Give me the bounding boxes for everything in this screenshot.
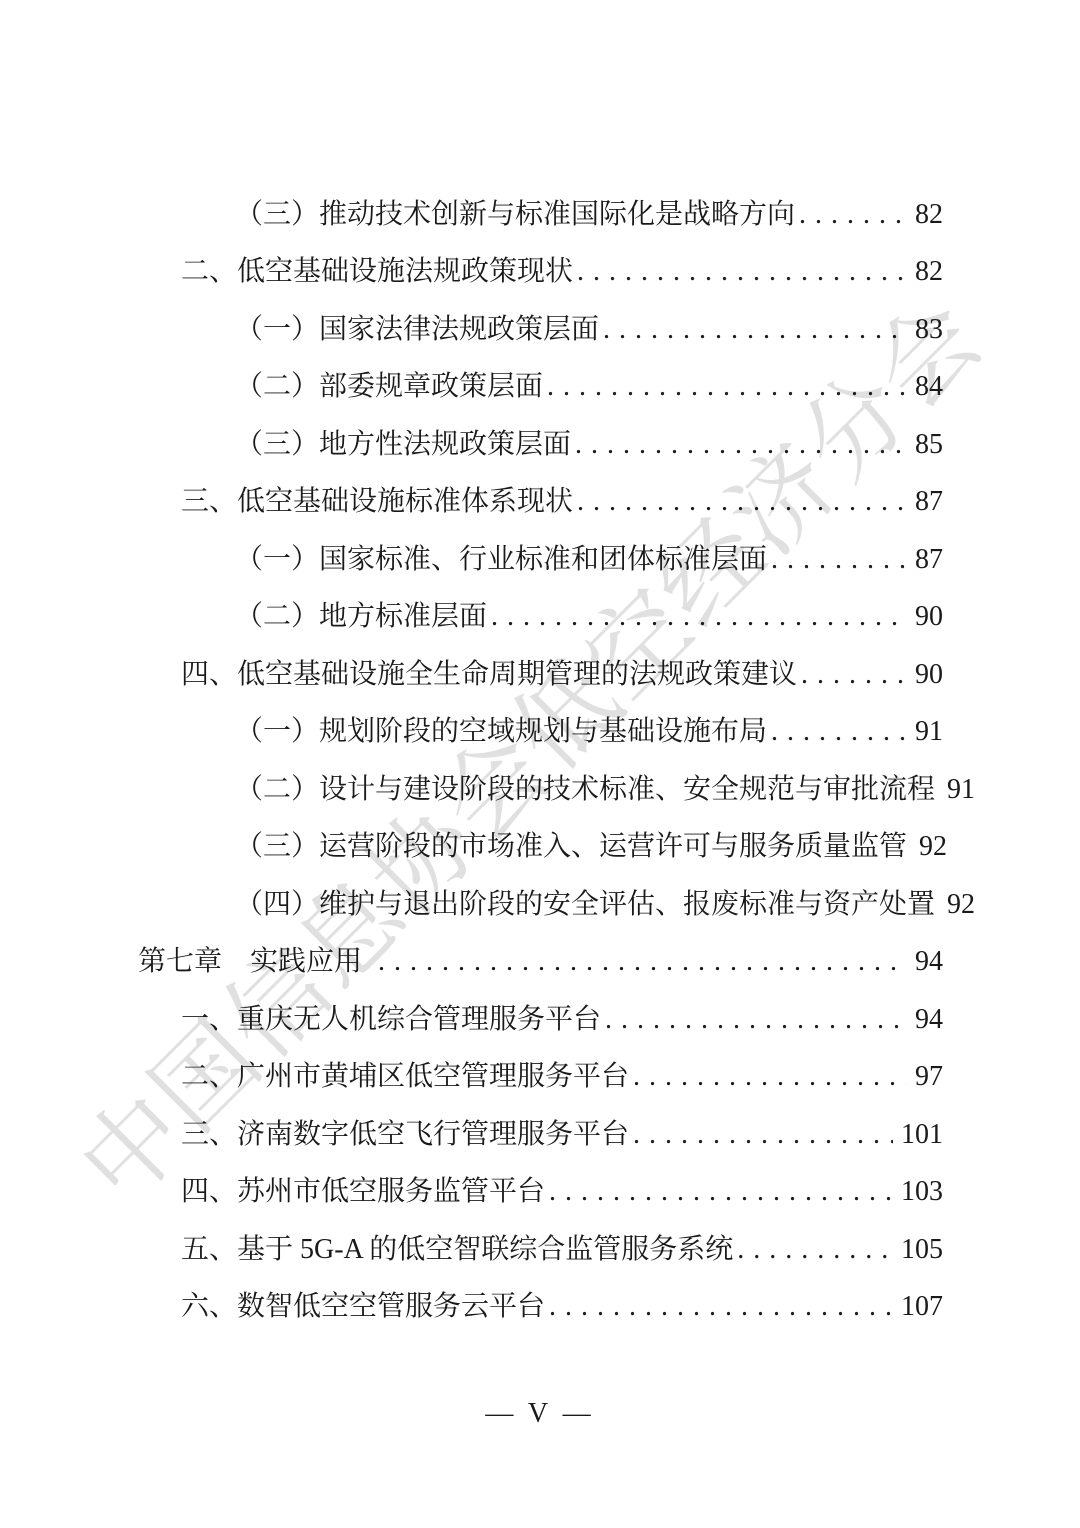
page-number-label: — V — <box>485 1398 594 1429</box>
toc-entry-title: 五、基于 5G-A 的低空智联综合监管服务系统 <box>181 1236 733 1264</box>
toc-entry[interactable]: （三）运营阶段的市场准入、运营许可与服务质量监管 ...............… <box>138 819 943 877</box>
toc-entry-page: 92 <box>947 891 975 919</box>
toc-entry[interactable]: 三、低空基础设施标准体系现状 .........................… <box>138 474 943 532</box>
toc-entry[interactable]: （二）部委规章政策层面 ............................… <box>138 359 943 417</box>
dot-leader: ........................................… <box>603 316 907 344</box>
toc-entry-page: 91 <box>915 718 943 746</box>
toc-entry-page: 85 <box>915 431 943 459</box>
dot-leader: ........................................… <box>801 661 907 689</box>
toc-entry-title: （二）地方标准层面 <box>235 603 487 631</box>
toc-entry-title: （四）维护与退出阶段的安全评估、报废标准与资产处置 <box>235 891 935 919</box>
toc-entry-page: 92 <box>919 833 947 861</box>
dot-leader: ........................................… <box>575 431 907 459</box>
toc-entry-title: 一、重庆无人机综合管理服务平台 <box>181 1006 601 1034</box>
toc-entry-title: 三、济南数字低空飞行管理服务平台 <box>181 1121 629 1149</box>
toc-entry[interactable]: 四、苏州市低空服务监管平台 ..........................… <box>138 1164 943 1222</box>
toc-entry-page: 103 <box>901 1178 943 1206</box>
toc-entry-page: 101 <box>901 1121 943 1149</box>
toc-entry[interactable]: 一、重庆无人机综合管理服务平台 ........................… <box>138 991 943 1049</box>
toc-entry-page: 90 <box>915 661 943 689</box>
toc-entry-page: 87 <box>915 488 943 516</box>
dot-leader: ........................................… <box>577 488 907 516</box>
dot-leader: ........................................… <box>737 1236 893 1264</box>
toc-entry-title: 三、低空基础设施标准体系现状 <box>181 488 573 516</box>
toc-entry-title: 六、数智低空空管服务云平台 <box>181 1293 545 1321</box>
toc-entry[interactable]: （三）推动技术创新与标准国际化是战略方向 ...................… <box>138 186 943 244</box>
toc-entry[interactable]: （三）地方性法规政策层面 ...........................… <box>138 416 943 474</box>
dot-leader: ........................................… <box>633 1121 893 1149</box>
dot-leader: ........................................… <box>605 1006 907 1034</box>
toc-entry-page: 82 <box>915 201 943 229</box>
toc-entry-page: 105 <box>901 1236 943 1264</box>
toc-entry-page: 82 <box>915 258 943 286</box>
toc-entry[interactable]: （二）地方标准层面 ..............................… <box>138 589 943 647</box>
table-of-contents: （三）推动技术创新与标准国际化是战略方向 ...................… <box>138 186 943 1336</box>
toc-entry-title: （一）规划阶段的空域规划与基础设施布局 <box>235 718 767 746</box>
toc-entry-page: 91 <box>947 776 975 804</box>
toc-entry[interactable]: 六、数智低空空管服务云平台 ..........................… <box>138 1279 943 1337</box>
toc-entry-title: 四、苏州市低空服务监管平台 <box>181 1178 545 1206</box>
toc-entry[interactable]: （一）国家法律法规政策层面 ..........................… <box>138 301 943 359</box>
toc-entry-page: 87 <box>915 546 943 574</box>
toc-entry-title: 第七章 实践应用 <box>138 948 362 976</box>
toc-entry-title: （二）部委规章政策层面 <box>235 373 543 401</box>
toc-entry-title: （二）设计与建设阶段的技术标准、安全规范与审批流程 <box>235 776 935 804</box>
toc-entry-title: 四、低空基础设施全生命周期管理的法规政策建议 <box>181 661 797 689</box>
dot-leader: ........................................… <box>577 258 907 286</box>
dot-leader: ........................................… <box>549 1178 893 1206</box>
dot-leader: ........................................… <box>549 1293 893 1321</box>
toc-entry-page: 90 <box>915 603 943 631</box>
toc-entry-title: （三）地方性法规政策层面 <box>235 431 571 459</box>
toc-entry-page: 97 <box>915 1063 943 1091</box>
toc-entry-page: 107 <box>901 1293 943 1321</box>
toc-entry-page: 83 <box>915 316 943 344</box>
dot-leader: ........................................… <box>491 603 907 631</box>
page-footer: — V — <box>0 1398 1080 1430</box>
toc-entry[interactable]: （一）规划阶段的空域规划与基础设施布局 ....................… <box>138 704 943 762</box>
toc-entry[interactable]: 三、济南数字低空飞行管理服务平台 .......................… <box>138 1106 943 1164</box>
toc-entry[interactable]: （一）国家标准、行业标准和团体标准层面 ....................… <box>138 531 943 589</box>
dot-leader: ........................................… <box>378 948 907 976</box>
dot-leader: ........................................… <box>633 1063 907 1091</box>
toc-entry-title: （三）推动技术创新与标准国际化是战略方向 <box>235 201 795 229</box>
toc-entry-title: （一）国家法律法规政策层面 <box>235 316 599 344</box>
dot-leader: ........................................… <box>771 718 907 746</box>
dot-leader: ........................................… <box>799 201 907 229</box>
document-page: 中国信息协会低空经济分会 （三）推动技术创新与标准国际化是战略方向 ......… <box>0 0 1080 1528</box>
dot-leader: ........................................… <box>771 546 907 574</box>
toc-entry[interactable]: （四）维护与退出阶段的安全评估、报废标准与资产处置 ..............… <box>138 876 943 934</box>
toc-entry-page: 94 <box>915 948 943 976</box>
toc-entry-title: （一）国家标准、行业标准和团体标准层面 <box>235 546 767 574</box>
toc-entry[interactable]: 五、基于 5G-A 的低空智联综合监管服务系统 ................… <box>138 1221 943 1279</box>
toc-entry[interactable]: 二、广州市黄埔区低空管理服务平台 .......................… <box>138 1049 943 1107</box>
dot-leader: ........................................… <box>547 373 907 401</box>
toc-entry[interactable]: 二、低空基础设施法规政策现状 .........................… <box>138 244 943 302</box>
toc-entry-page: 84 <box>915 373 943 401</box>
toc-entry[interactable]: 第七章 实践应用 ...............................… <box>138 934 943 992</box>
toc-entry[interactable]: 四、低空基础设施全生命周期管理的法规政策建议 .................… <box>138 646 943 704</box>
toc-entry-title: 二、低空基础设施法规政策现状 <box>181 258 573 286</box>
toc-entry[interactable]: （二）设计与建设阶段的技术标准、安全规范与审批流程 ..............… <box>138 761 943 819</box>
toc-entry-title: （三）运营阶段的市场准入、运营许可与服务质量监管 <box>235 833 907 861</box>
toc-entry-title: 二、广州市黄埔区低空管理服务平台 <box>181 1063 629 1091</box>
toc-entry-page: 94 <box>915 1006 943 1034</box>
